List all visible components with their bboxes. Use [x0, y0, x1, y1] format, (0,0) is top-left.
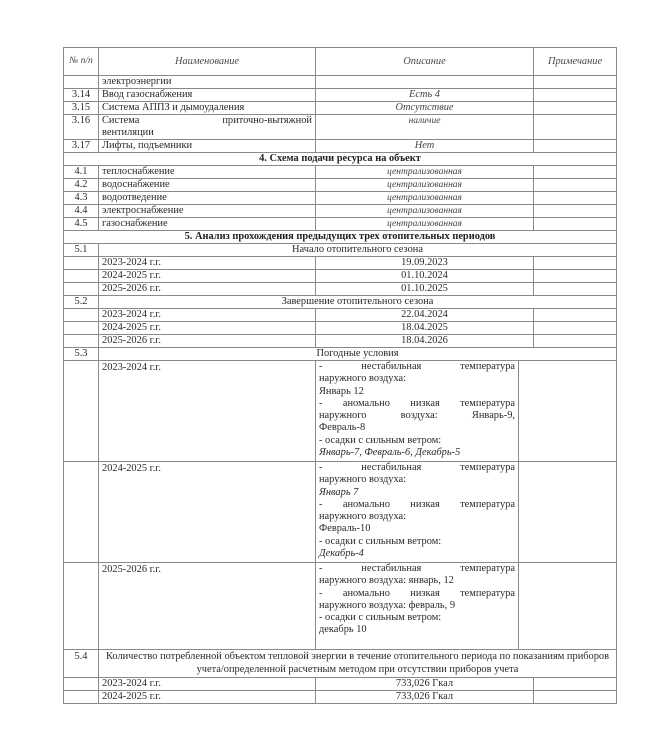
row-num: 3.16 [64, 115, 99, 140]
row-num: 4.3 [64, 192, 99, 205]
header-name: Наименование [99, 48, 316, 76]
section-heading-row: 5. Анализ прохождения предыдущих трех от… [64, 231, 617, 244]
row-num: 5.1 [64, 244, 99, 257]
row-name: Системаприточно-вытяжной вентиляции [99, 115, 316, 140]
table-row: 2023-2024 г.г. 19.09.2023 [64, 257, 617, 270]
row-num [64, 283, 99, 296]
row-note [534, 322, 617, 335]
row-num: 5.3 [64, 348, 99, 361]
row-name-part: Система [102, 115, 139, 127]
row-num: 5.2 [64, 296, 99, 309]
table-row: 2024-2025 г.г. 733,026 Гкал [64, 691, 617, 704]
row-num [64, 335, 99, 348]
weather-line: - нестабильная температура [319, 462, 515, 474]
object-passport-table: № п/п Наименование Описание Примечание э… [63, 47, 617, 704]
document-page: № п/п Наименование Описание Примечание э… [63, 47, 616, 704]
row-num [64, 322, 99, 335]
table-row: 2023-2024 г.г. 733,026 Гкал [64, 678, 617, 691]
table-row: электроэнергии [64, 76, 617, 89]
table-row: 4.4 электроснабжение централизованная [64, 205, 617, 218]
table-row: 3.16 Системаприточно-вытяжной вентиляции… [64, 115, 617, 140]
row-num [64, 462, 99, 563]
row-period: 2025-2026 г.г. [99, 563, 316, 650]
row-note [534, 218, 617, 231]
row-description: наличие [316, 115, 534, 140]
weather-line: декабрь 10 [319, 624, 515, 636]
weather-line: Январь-7, Февраль-6, Декабрь-5 [319, 447, 515, 459]
subsection-title: Завершение отопительного сезона [99, 296, 617, 309]
row-note [519, 563, 616, 649]
row-value: 18.04.2025 [316, 322, 534, 335]
row-num: 5.4 [64, 650, 99, 678]
row-period: 2023-2024 г.г. [99, 361, 316, 462]
row-description: централизованная [316, 218, 534, 231]
weather-line: Январь 12 [319, 386, 515, 398]
table-row: 2024-2025 г.г. 18.04.2025 [64, 322, 617, 335]
row-num [64, 309, 99, 322]
table-row: 3.17 Лифты, подъемники Нет [64, 140, 617, 153]
table-row: 2025-2026 г.г. 01.10.2025 [64, 283, 617, 296]
row-period: 2025-2026 г.г. [99, 335, 316, 348]
row-period: 2023-2024 г.г. [99, 678, 316, 691]
table-row: 2025-2026 г.г. 18.04.2026 [64, 335, 617, 348]
section-4-title: 4. Схема подачи ресурса на объект [64, 153, 617, 166]
row-note [534, 192, 617, 205]
row-num: 4.5 [64, 218, 99, 231]
weather-cell: - нестабильная температура наружного воз… [316, 462, 617, 563]
row-note [534, 257, 617, 270]
row-note [519, 462, 616, 562]
row-name: Система АППЗ и дымоудаления [99, 102, 316, 115]
row-period: 2024-2025 г.г. [99, 462, 316, 563]
row-period: 2023-2024 г.г. [99, 309, 316, 322]
weather-line: - осадки с сильным ветром: [319, 612, 515, 624]
row-note [534, 76, 617, 89]
row-description [316, 76, 534, 89]
row-value: 733,026 Гкал [316, 691, 534, 704]
row-num [64, 76, 99, 89]
row-note [534, 179, 617, 192]
row-value: 18.04.2026 [316, 335, 534, 348]
row-note [534, 102, 617, 115]
weather-description: - нестабильная температура наружного воз… [316, 563, 519, 649]
weather-line: - нестабильная температура [319, 563, 515, 575]
row-description: Есть 4 [316, 89, 534, 102]
row-period: 2024-2025 г.г. [99, 270, 316, 283]
row-description: Нет [316, 140, 534, 153]
table-row: 4.5 газоснабжение централизованная [64, 218, 617, 231]
subsection-title: Начало отопительного сезона [99, 244, 617, 257]
subsection-row: 5.2 Завершение отопительного сезона [64, 296, 617, 309]
row-period: 2025-2026 г.г. [99, 283, 316, 296]
row-num: 4.4 [64, 205, 99, 218]
row-note [534, 309, 617, 322]
row-name: Лифты, подъемники [99, 140, 316, 153]
row-num: 3.14 [64, 89, 99, 102]
row-description: централизованная [316, 166, 534, 179]
row-value: 01.10.2025 [316, 283, 534, 296]
table-row: 4.3 водоотведение централизованная [64, 192, 617, 205]
row-description: централизованная [316, 205, 534, 218]
row-description: централизованная [316, 179, 534, 192]
row-period: 2024-2025 г.г. [99, 322, 316, 335]
weather-line: наружного воздуха: февраль, 9 [319, 600, 515, 612]
row-period: 2023-2024 г.г. [99, 257, 316, 270]
weather-line: - осадки с сильным ветром: [319, 536, 515, 548]
row-note [534, 205, 617, 218]
weather-line: Январь 7 [319, 487, 515, 499]
weather-line: - аномально низкая температура [319, 499, 515, 511]
row-name: электроснабжение [99, 205, 316, 218]
row-note [534, 89, 617, 102]
weather-description: - нестабильная температура наружного воз… [316, 361, 519, 461]
weather-line: Февраль-10 [319, 523, 515, 535]
row-num [64, 678, 99, 691]
weather-line: наружного воздуха: [319, 511, 515, 523]
weather-line: - аномально низкая температура [319, 398, 515, 410]
subsection-title: Погодные условия [99, 348, 617, 361]
row-name-part: приточно-вытяжной [222, 115, 312, 127]
row-value: 22.04.2024 [316, 309, 534, 322]
row-name: водоотведение [99, 192, 316, 205]
table-row: 3.14 Ввод газоснабжения Есть 4 [64, 89, 617, 102]
weather-row: 2024-2025 г.г. - нестабильная температур… [64, 462, 617, 563]
subsection-title: Количество потребленной объектом теплово… [99, 650, 617, 678]
weather-line: Февраль-8 [319, 422, 515, 434]
weather-row: 2023-2024 г.г. - нестабильная температур… [64, 361, 617, 462]
row-num: 4.1 [64, 166, 99, 179]
subsection-row: 5.3 Погодные условия [64, 348, 617, 361]
row-note [534, 166, 617, 179]
row-num [64, 691, 99, 704]
weather-line: - нестабильная температура [319, 361, 515, 373]
weather-line: наружного воздуха: [319, 373, 515, 385]
row-name: водоснабжение [99, 179, 316, 192]
row-period: 2024-2025 г.г. [99, 691, 316, 704]
row-num [64, 257, 99, 270]
row-note [534, 283, 617, 296]
row-num [64, 361, 99, 462]
weather-row: 2025-2026 г.г. - нестабильная температур… [64, 563, 617, 650]
weather-line: - аномально низкая температура [319, 588, 515, 600]
row-description: Отсутствие [316, 102, 534, 115]
weather-cell: - нестабильная температура наружного воз… [316, 361, 617, 462]
row-note [519, 361, 616, 461]
row-description: централизованная [316, 192, 534, 205]
table-header-row: № п/п Наименование Описание Примечание [64, 48, 617, 76]
section-heading-row: 4. Схема подачи ресурса на объект [64, 153, 617, 166]
subsection-row: 5.4 Количество потребленной объектом теп… [64, 650, 617, 678]
header-description: Описание [316, 48, 534, 76]
header-note: Примечание [534, 48, 617, 76]
row-num [64, 270, 99, 283]
weather-line: наружного воздуха: [319, 474, 515, 486]
row-num [64, 563, 99, 650]
row-name: электроэнергии [99, 76, 316, 89]
weather-cell: - нестабильная температура наружного воз… [316, 563, 617, 650]
table-row: 2024-2025 г.г. 01.10.2024 [64, 270, 617, 283]
row-value: 01.10.2024 [316, 270, 534, 283]
row-note [534, 691, 617, 704]
row-note [534, 270, 617, 283]
subsection-row: 5.1 Начало отопительного сезона [64, 244, 617, 257]
row-value: 19.09.2023 [316, 257, 534, 270]
row-value: 733,026 Гкал [316, 678, 534, 691]
table-row: 2023-2024 г.г. 22.04.2024 [64, 309, 617, 322]
section-5-title: 5. Анализ прохождения предыдущих трех от… [64, 231, 617, 244]
row-num: 4.2 [64, 179, 99, 192]
row-note [534, 115, 617, 140]
weather-line: Декабрь-4 [319, 548, 515, 560]
table-row: 3.15 Система АППЗ и дымоудаления Отсутст… [64, 102, 617, 115]
row-note [534, 335, 617, 348]
row-name: теплоснабжение [99, 166, 316, 179]
row-name: Ввод газоснабжения [99, 89, 316, 102]
weather-line: наружного воздуха: январь, 12 [319, 575, 515, 587]
table-row: 4.2 водоснабжение централизованная [64, 179, 617, 192]
row-note [534, 140, 617, 153]
row-name-line2: вентиляции [102, 127, 312, 139]
row-note [534, 678, 617, 691]
weather-line: - осадки с сильным ветром: [319, 435, 515, 447]
row-num: 3.15 [64, 102, 99, 115]
header-num: № п/п [64, 48, 99, 76]
row-name: газоснабжение [99, 218, 316, 231]
weather-description: - нестабильная температура наружного воз… [316, 462, 519, 562]
row-num: 3.17 [64, 140, 99, 153]
table-row: 4.1 теплоснабжение централизованная [64, 166, 617, 179]
weather-line: наружного воздуха: Январь-9, [319, 410, 515, 422]
